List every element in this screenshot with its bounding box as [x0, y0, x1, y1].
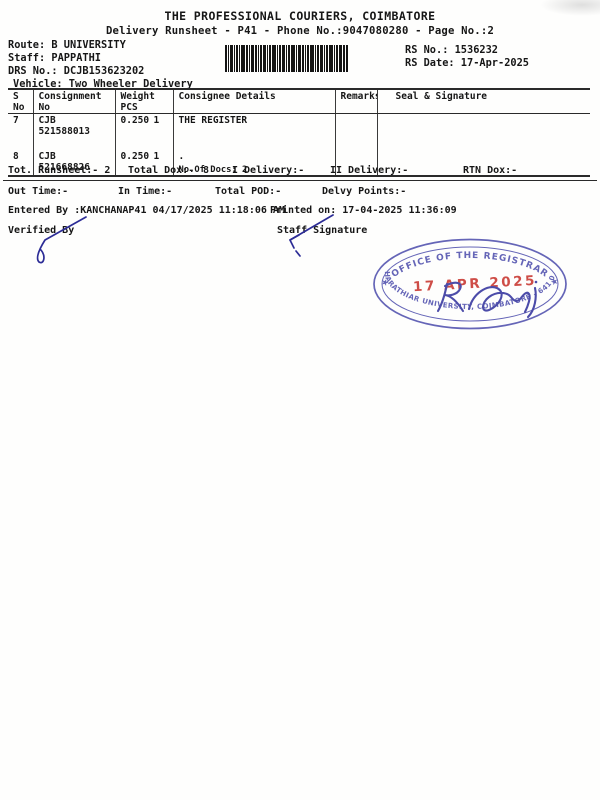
cell-consignee: THE REGISTER [173, 114, 335, 150]
registrar-stamp: ★ OFFICE OF THE REGISTRAR ★ BHARATHIAR U… [370, 238, 570, 333]
drs-no-field: DRS No.: DCJB153623202 [8, 65, 144, 77]
cell-seal [377, 114, 590, 150]
header-consignee: Consignee Details [173, 89, 335, 114]
header-consignment-no: Consignment No [33, 89, 115, 114]
route-field: Route: B UNIVERSITY [8, 39, 126, 51]
i-delivery-field: I Delivery:- [232, 165, 304, 176]
stamp-bottom-arc-text: BHARATHIAR UNIVERSITY, COIMBATORE - 641 … [370, 238, 557, 311]
cell-s-no: 7 [8, 114, 33, 150]
total-dox-label: Total Dox:- [128, 165, 194, 176]
staff-field: Staff: PAPPATHI [8, 52, 101, 64]
staff-signature-arrowhead [290, 235, 299, 248]
registrar-handwritten-signature [438, 281, 537, 317]
consignment-table: S No Consignment No WeightPCS Consignee … [8, 88, 590, 177]
page-title: THE PROFESSIONAL COURIERS, COIMBATORE [0, 9, 600, 23]
cell-consignment-no: CJB 521588013 [33, 114, 115, 150]
rtn-dox-field: RTN Dox:- [463, 165, 517, 176]
rs-date-field: RS Date: 17-Apr-2025 [405, 57, 529, 69]
page-subtitle: Delivery Runsheet - P41 - Phone No.:9047… [0, 25, 600, 37]
stamp-outer-ellipse [374, 240, 566, 329]
stamp-date: 17 APR 2025 [413, 273, 538, 295]
entered-by-field: Entered By :KANCHANAP41 04/17/2025 11:18… [8, 205, 285, 216]
ii-delivery-field: II Delivery:- [330, 165, 408, 176]
header-weight-pcs: WeightPCS [115, 89, 173, 114]
divider-line [3, 180, 597, 181]
header-s-no: S No [8, 89, 33, 114]
out-time-field: Out Time:- [8, 186, 68, 197]
stamp-inner-ellipse [382, 247, 558, 321]
table-row: 7 CJB 521588013 0.2501 THE REGISTER [8, 114, 590, 150]
table-header-row: S No Consignment No WeightPCS Consignee … [8, 89, 590, 114]
verified-by-label: Verified By [8, 225, 74, 236]
total-runsheet: Tot. Runsheet:- 2 [8, 165, 110, 176]
stamp-top-arc-text: ★ OFFICE OF THE REGISTRAR ★ [379, 251, 560, 289]
total-dox-value: 8 [203, 165, 209, 176]
staff-signature-tick [296, 251, 300, 256]
svg-text:★ OFFICE OF THE REGISTRAR ★: ★ OFFICE OF THE REGISTRAR ★ [379, 251, 560, 289]
total-pod-field: Total POD:- [215, 186, 281, 197]
verified-by-signature [38, 217, 86, 263]
header-remarks: Remarks [335, 89, 377, 114]
staff-signature-label: Staff Signature [277, 225, 367, 236]
consignee-text: . [179, 151, 333, 162]
cell-remarks [335, 114, 377, 150]
header-seal: Seal & Signature [377, 89, 590, 114]
cell-weight-pcs: 0.2501 [115, 114, 173, 150]
rs-no-field: RS No.: 1536232 [405, 44, 498, 56]
runsheet-document: THE PROFESSIONAL COURIERS, COIMBATORE De… [0, 0, 600, 800]
barcode [225, 45, 348, 72]
delvy-points-field: Delvy Points:- [322, 186, 406, 197]
printed-on-field: Printed on: 17-04-2025 11:36:09 [270, 205, 457, 216]
svg-text:BHARATHIAR UNIVERSITY, COIMBAT: BHARATHIAR UNIVERSITY, COIMBATORE - 641 … [370, 238, 557, 311]
in-time-field: In Time:- [118, 186, 172, 197]
